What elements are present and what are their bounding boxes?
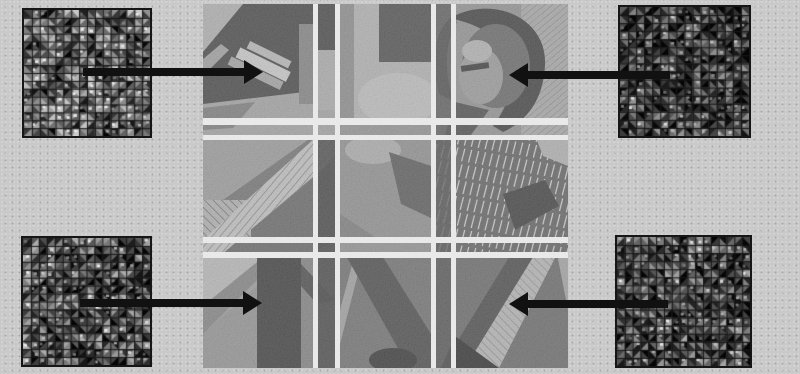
arrow-head — [509, 63, 528, 87]
arrow-shaft — [528, 71, 670, 79]
figure-canvas — [0, 0, 800, 374]
arrow-head — [509, 292, 528, 316]
arrow-head — [244, 60, 263, 84]
arrow-bottom-left — [80, 291, 262, 315]
arrow-bottom-right — [509, 292, 668, 316]
arrow-top-right — [509, 63, 670, 87]
arrow-shaft — [80, 299, 243, 307]
arrow-top-left — [83, 60, 263, 84]
arrow-head — [243, 291, 262, 315]
arrow-shaft — [528, 300, 668, 308]
arrow-shaft — [83, 68, 244, 76]
